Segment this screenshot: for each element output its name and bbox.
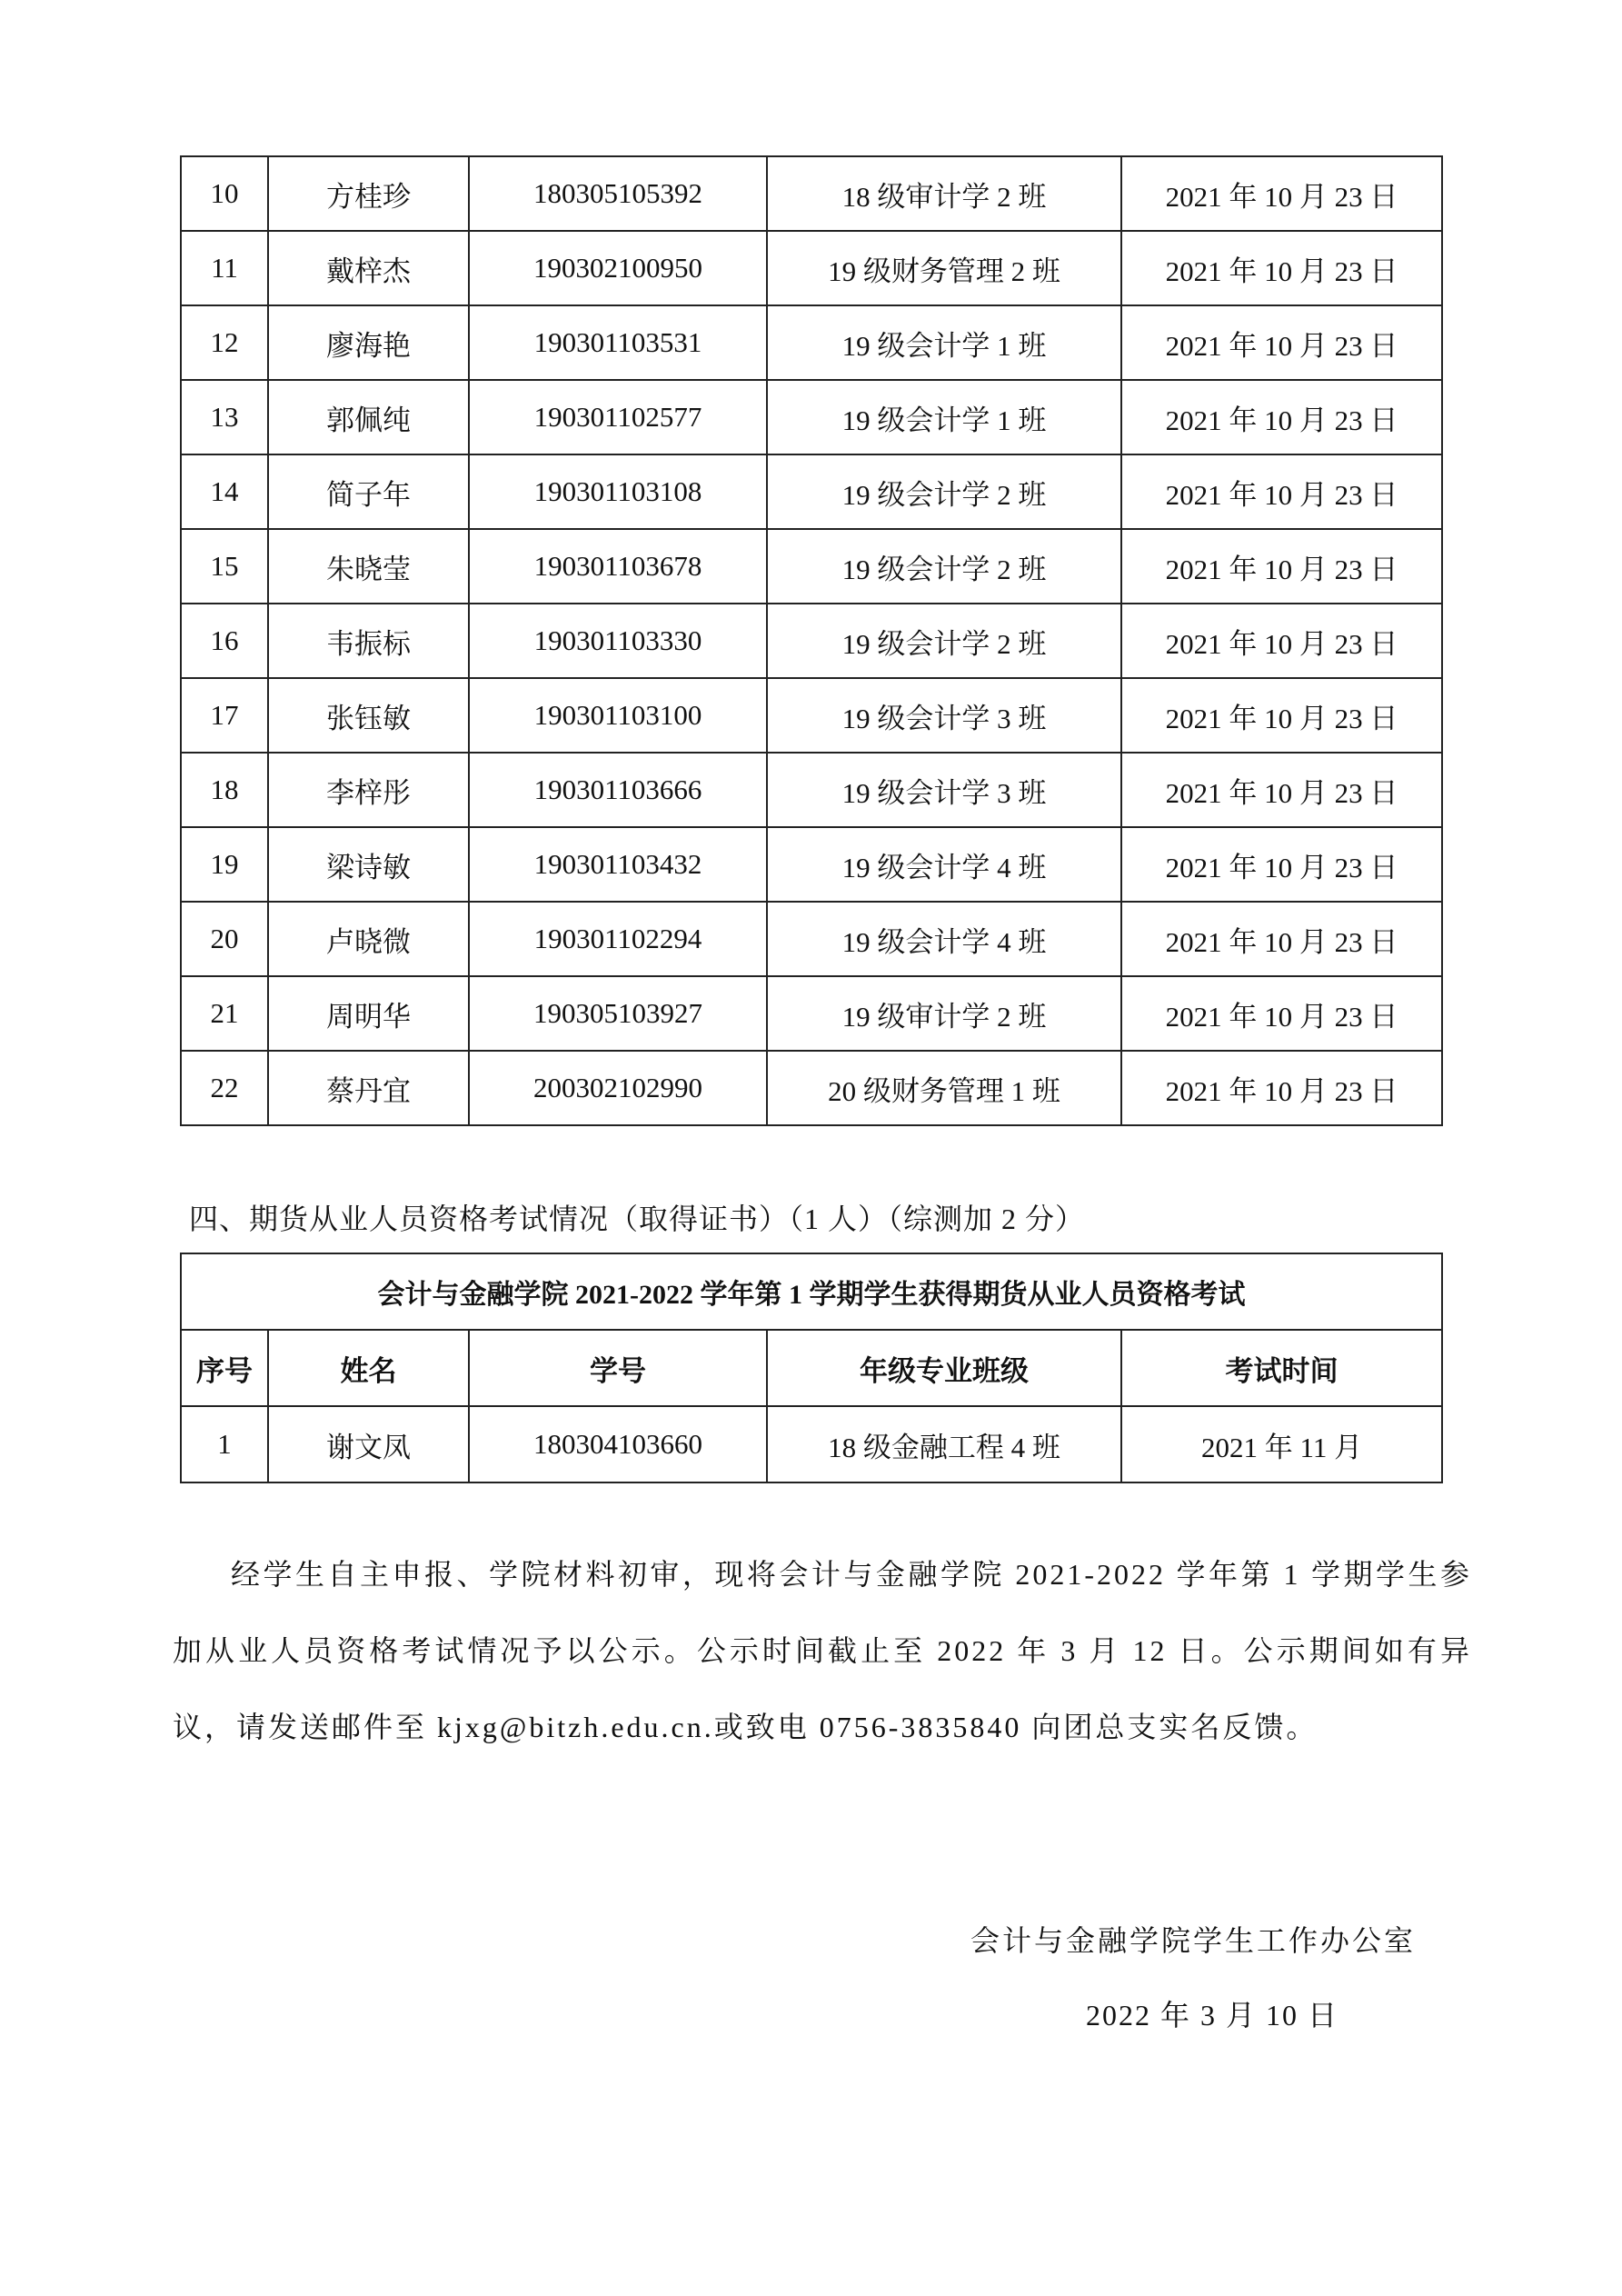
name-cell: 周明华 xyxy=(268,976,469,1051)
student-id-cell: 190302100950 xyxy=(469,231,767,305)
seq-cell: 19 xyxy=(181,827,268,902)
header-class: 年级专业班级 xyxy=(767,1330,1121,1406)
seq-cell: 15 xyxy=(181,529,268,604)
class-cell: 19 级会计学 2 班 xyxy=(767,529,1121,604)
name-cell: 简子年 xyxy=(268,454,469,529)
student-id-cell: 180305105392 xyxy=(469,156,767,231)
seq-cell: 11 xyxy=(181,231,268,305)
table-row: 10 方桂珍 180305105392 18 级审计学 2 班 2021 年 1… xyxy=(181,156,1442,231)
seq-cell: 16 xyxy=(181,604,268,678)
date-cell: 2021 年 10 月 23 日 xyxy=(1121,380,1442,454)
class-cell: 19 级会计学 2 班 xyxy=(767,454,1121,529)
seq-cell: 12 xyxy=(181,305,268,380)
class-cell: 19 级会计学 3 班 xyxy=(767,753,1121,827)
seq-cell: 1 xyxy=(181,1406,268,1482)
date-cell: 2021 年 10 月 23 日 xyxy=(1121,678,1442,753)
name-cell: 廖海艳 xyxy=(268,305,469,380)
date-cell: 2021 年 10 月 23 日 xyxy=(1121,753,1442,827)
class-cell: 19 级会计学 4 班 xyxy=(767,827,1121,902)
student-id-cell: 190305103927 xyxy=(469,976,767,1051)
class-cell: 19 级会计学 1 班 xyxy=(767,305,1121,380)
student-id-cell: 190301103432 xyxy=(469,827,767,902)
table-row: 21 周明华 190305103927 19 级审计学 2 班 2021 年 1… xyxy=(181,976,1442,1051)
student-id-cell: 190301102294 xyxy=(469,902,767,976)
student-id-cell: 190301102577 xyxy=(469,380,767,454)
class-cell: 19 级会计学 4 班 xyxy=(767,902,1121,976)
name-cell: 韦振标 xyxy=(268,604,469,678)
seq-cell: 13 xyxy=(181,380,268,454)
date-cell: 2021 年 10 月 23 日 xyxy=(1121,231,1442,305)
signature-office: 会计与金融学院学生工作办公室 xyxy=(970,1918,1416,1960)
table-row: 11 戴梓杰 190302100950 19 级财务管理 2 班 2021 年 … xyxy=(181,231,1442,305)
seq-cell: 14 xyxy=(181,454,268,529)
student-id-cell: 190301103100 xyxy=(469,678,767,753)
date-cell: 2021 年 10 月 23 日 xyxy=(1121,454,1442,529)
notice-paragraph: 经学生自主申报、学院材料初审，现将会计与金融学院 2021-2022 学年第 1… xyxy=(173,1536,1472,1765)
class-cell: 18 级金融工程 4 班 xyxy=(767,1406,1121,1482)
table-row: 1 谢文凤 180304103660 18 级金融工程 4 班 2021 年 1… xyxy=(181,1406,1442,1482)
name-cell: 梁诗敏 xyxy=(268,827,469,902)
name-cell: 郭佩纯 xyxy=(268,380,469,454)
table-row: 17 张钰敏 190301103100 19 级会计学 3 班 2021 年 1… xyxy=(181,678,1442,753)
class-cell: 20 级财务管理 1 班 xyxy=(767,1051,1121,1125)
class-cell: 19 级审计学 2 班 xyxy=(767,976,1121,1051)
document-page: 10 方桂珍 180305105392 18 级审计学 2 班 2021 年 1… xyxy=(0,0,1622,2296)
date-cell: 2021 年 10 月 23 日 xyxy=(1121,604,1442,678)
date-cell: 2021 年 10 月 23 日 xyxy=(1121,1051,1442,1125)
qualification-exam-table-continued: 10 方桂珍 180305105392 18 级审计学 2 班 2021 年 1… xyxy=(180,155,1443,1126)
section-four-heading: 四、期货从业人员资格考试情况（取得证书）（1 人）（综测加 2 分） xyxy=(189,1196,1085,1238)
seq-cell: 22 xyxy=(181,1051,268,1125)
table-row: 12 廖海艳 190301103531 19 级会计学 1 班 2021 年 1… xyxy=(181,305,1442,380)
header-exam-time: 考试时间 xyxy=(1121,1330,1442,1406)
table-row: 16 韦振标 190301103330 19 级会计学 2 班 2021 年 1… xyxy=(181,604,1442,678)
class-cell: 19 级会计学 1 班 xyxy=(767,380,1121,454)
student-id-cell: 200302102990 xyxy=(469,1051,767,1125)
table-header-row: 序号 姓名 学号 年级专业班级 考试时间 xyxy=(181,1330,1442,1406)
class-cell: 19 级会计学 2 班 xyxy=(767,604,1121,678)
name-cell: 朱晓莹 xyxy=(268,529,469,604)
class-cell: 19 级财务管理 2 班 xyxy=(767,231,1121,305)
table-title: 会计与金融学院 2021-2022 学年第 1 学期学生获得期货从业人员资格考试 xyxy=(181,1253,1442,1330)
date-cell: 2021 年 11 月 xyxy=(1121,1406,1442,1482)
seq-cell: 10 xyxy=(181,156,268,231)
table-row: 15 朱晓莹 190301103678 19 级会计学 2 班 2021 年 1… xyxy=(181,529,1442,604)
seq-cell: 17 xyxy=(181,678,268,753)
student-id-cell: 190301103108 xyxy=(469,454,767,529)
date-cell: 2021 年 10 月 23 日 xyxy=(1121,156,1442,231)
seq-cell: 21 xyxy=(181,976,268,1051)
seq-cell: 20 xyxy=(181,902,268,976)
name-cell: 谢文凤 xyxy=(268,1406,469,1482)
name-cell: 方桂珍 xyxy=(268,156,469,231)
header-student-id: 学号 xyxy=(469,1330,767,1406)
date-cell: 2021 年 10 月 23 日 xyxy=(1121,976,1442,1051)
student-id-cell: 190301103531 xyxy=(469,305,767,380)
table-row: 22 蔡丹宜 200302102990 20 级财务管理 1 班 2021 年 … xyxy=(181,1051,1442,1125)
table-row: 14 简子年 190301103108 19 级会计学 2 班 2021 年 1… xyxy=(181,454,1442,529)
table-title-row: 会计与金融学院 2021-2022 学年第 1 学期学生获得期货从业人员资格考试 xyxy=(181,1253,1442,1330)
header-seq: 序号 xyxy=(181,1330,268,1406)
date-cell: 2021 年 10 月 23 日 xyxy=(1121,827,1442,902)
table-row: 18 李梓彤 190301103666 19 级会计学 3 班 2021 年 1… xyxy=(181,753,1442,827)
student-id-cell: 190301103330 xyxy=(469,604,767,678)
student-id-cell: 180304103660 xyxy=(469,1406,767,1482)
name-cell: 卢晓微 xyxy=(268,902,469,976)
date-cell: 2021 年 10 月 23 日 xyxy=(1121,305,1442,380)
name-cell: 戴梓杰 xyxy=(268,231,469,305)
name-cell: 张钰敏 xyxy=(268,678,469,753)
table-row: 13 郭佩纯 190301102577 19 级会计学 1 班 2021 年 1… xyxy=(181,380,1442,454)
student-id-cell: 190301103678 xyxy=(469,529,767,604)
date-cell: 2021 年 10 月 23 日 xyxy=(1121,902,1442,976)
seq-cell: 18 xyxy=(181,753,268,827)
student-id-cell: 190301103666 xyxy=(469,753,767,827)
signature-date: 2022 年 3 月 10 日 xyxy=(1086,1992,1338,2034)
header-name: 姓名 xyxy=(268,1330,469,1406)
class-cell: 18 级审计学 2 班 xyxy=(767,156,1121,231)
futures-qualification-table: 会计与金融学院 2021-2022 学年第 1 学期学生获得期货从业人员资格考试… xyxy=(180,1253,1443,1483)
table-row: 20 卢晓微 190301102294 19 级会计学 4 班 2021 年 1… xyxy=(181,902,1442,976)
name-cell: 李梓彤 xyxy=(268,753,469,827)
class-cell: 19 级会计学 3 班 xyxy=(767,678,1121,753)
date-cell: 2021 年 10 月 23 日 xyxy=(1121,529,1442,604)
table-row: 19 梁诗敏 190301103432 19 级会计学 4 班 2021 年 1… xyxy=(181,827,1442,902)
name-cell: 蔡丹宜 xyxy=(268,1051,469,1125)
